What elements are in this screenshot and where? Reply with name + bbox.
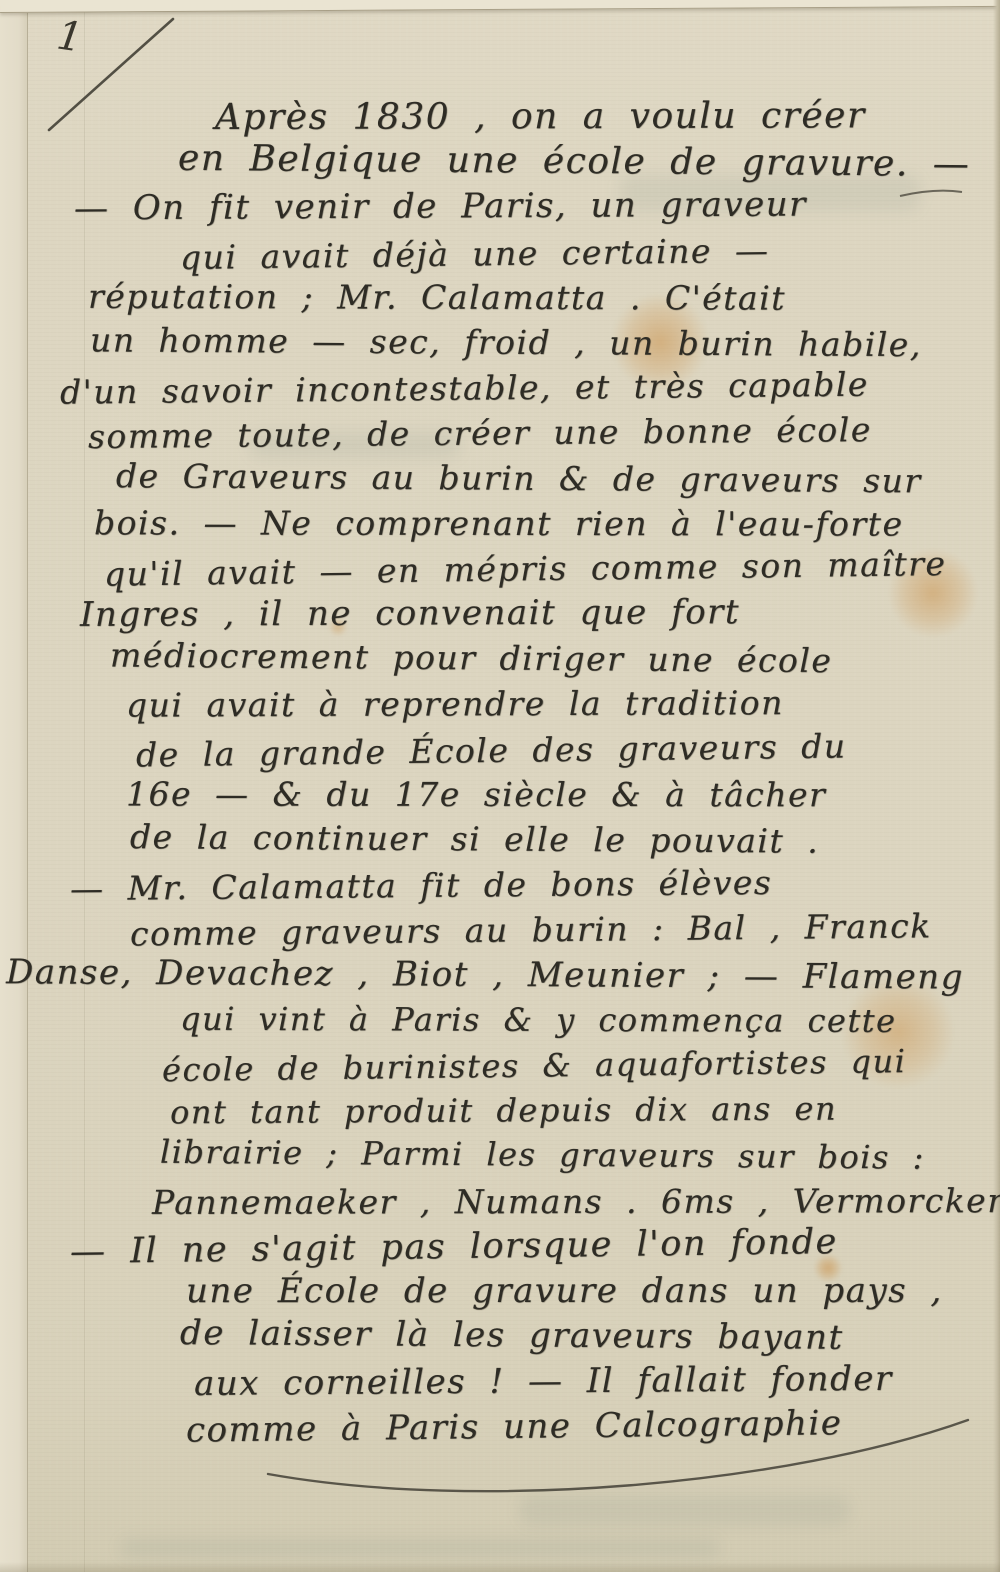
manuscript-lines: Après 1830 , on a voulu créeren Belgique… [0, 94, 1000, 1450]
manuscript-line: de Graveurs au burin & de graveurs sur [116, 453, 1000, 504]
manuscript-line: qui vint à Paris & y commença cette [180, 997, 1000, 1045]
manuscript-line: aux corneilles ! — Il fallait fonder [194, 1356, 1000, 1407]
manuscript-line: une École de gravure dans un pays , [186, 1269, 1000, 1314]
manuscript-line: — Il ne s'agit pas lorsque l'on fonde [70, 1218, 1000, 1275]
manuscript-line: un homme — sec, froid , un burin habile, [90, 317, 1000, 367]
paper-edge-bottom [0, 1562, 1000, 1572]
manuscript-line: en Belgique une école de gravure. — [178, 136, 1000, 188]
bleedthrough-smudge [120, 1538, 720, 1558]
manuscript-line: qu'il avait — en mépris comme son maître [104, 540, 1000, 597]
manuscript-page: 1 Après 1830 , on a voulu créeren Belgiq… [0, 0, 1000, 1572]
manuscript-line: somme toute, de créer une bonne école [88, 406, 1000, 459]
manuscript-line: réputation ; Mr. Calamatta . C'était [88, 274, 1000, 322]
manuscript-line: école de burinistes & aquafortistes qui [162, 1038, 1000, 1093]
page-number: 1 [54, 12, 86, 61]
manuscript-line: Ingres , il ne convenait que fort [80, 589, 1000, 638]
manuscript-line: de la continuer si elle le pouvait . [130, 814, 1000, 865]
manuscript-line: comme à Paris une Calcographie [186, 1400, 1000, 1454]
manuscript-line: médiocrement pour diriger une école [110, 633, 1000, 685]
manuscript-line: Danse, Devachez , Biot , Meunier ; — Fla… [6, 950, 1000, 1001]
manuscript-line: Après 1830 , on a voulu créer [215, 93, 1000, 140]
manuscript-line: 16e — & du 17e siècle & à tâcher [126, 771, 1000, 817]
manuscript-line: de laisser là les graveurs bayant [180, 1311, 1000, 1362]
manuscript-line: librairie ; Parmi les graveurs sur bois … [160, 1130, 1000, 1182]
paper-edge-top [0, 0, 1000, 13]
manuscript-line: qui avait à reprendre la tradition [126, 680, 1000, 728]
manuscript-line: ont tant produit depuis dix ans en [170, 1086, 1000, 1136]
manuscript-line: comme graveurs au burin : Bal , Franck [130, 903, 1000, 957]
manuscript-line: — On fit venir de Paris, un graveur [74, 182, 1000, 232]
manuscript-line: bois. — Ne comprenant rien à l'eau-forte [94, 500, 1000, 547]
manuscript-line: qui avait déjà une certaine — [180, 225, 1000, 280]
manuscript-line: Pannemaeker , Numans . 6ms , Vermorcken, [152, 1178, 1000, 1225]
manuscript-line: de la grande École des graveurs du [136, 721, 1000, 777]
bleedthrough-smudge [520, 1495, 850, 1525]
